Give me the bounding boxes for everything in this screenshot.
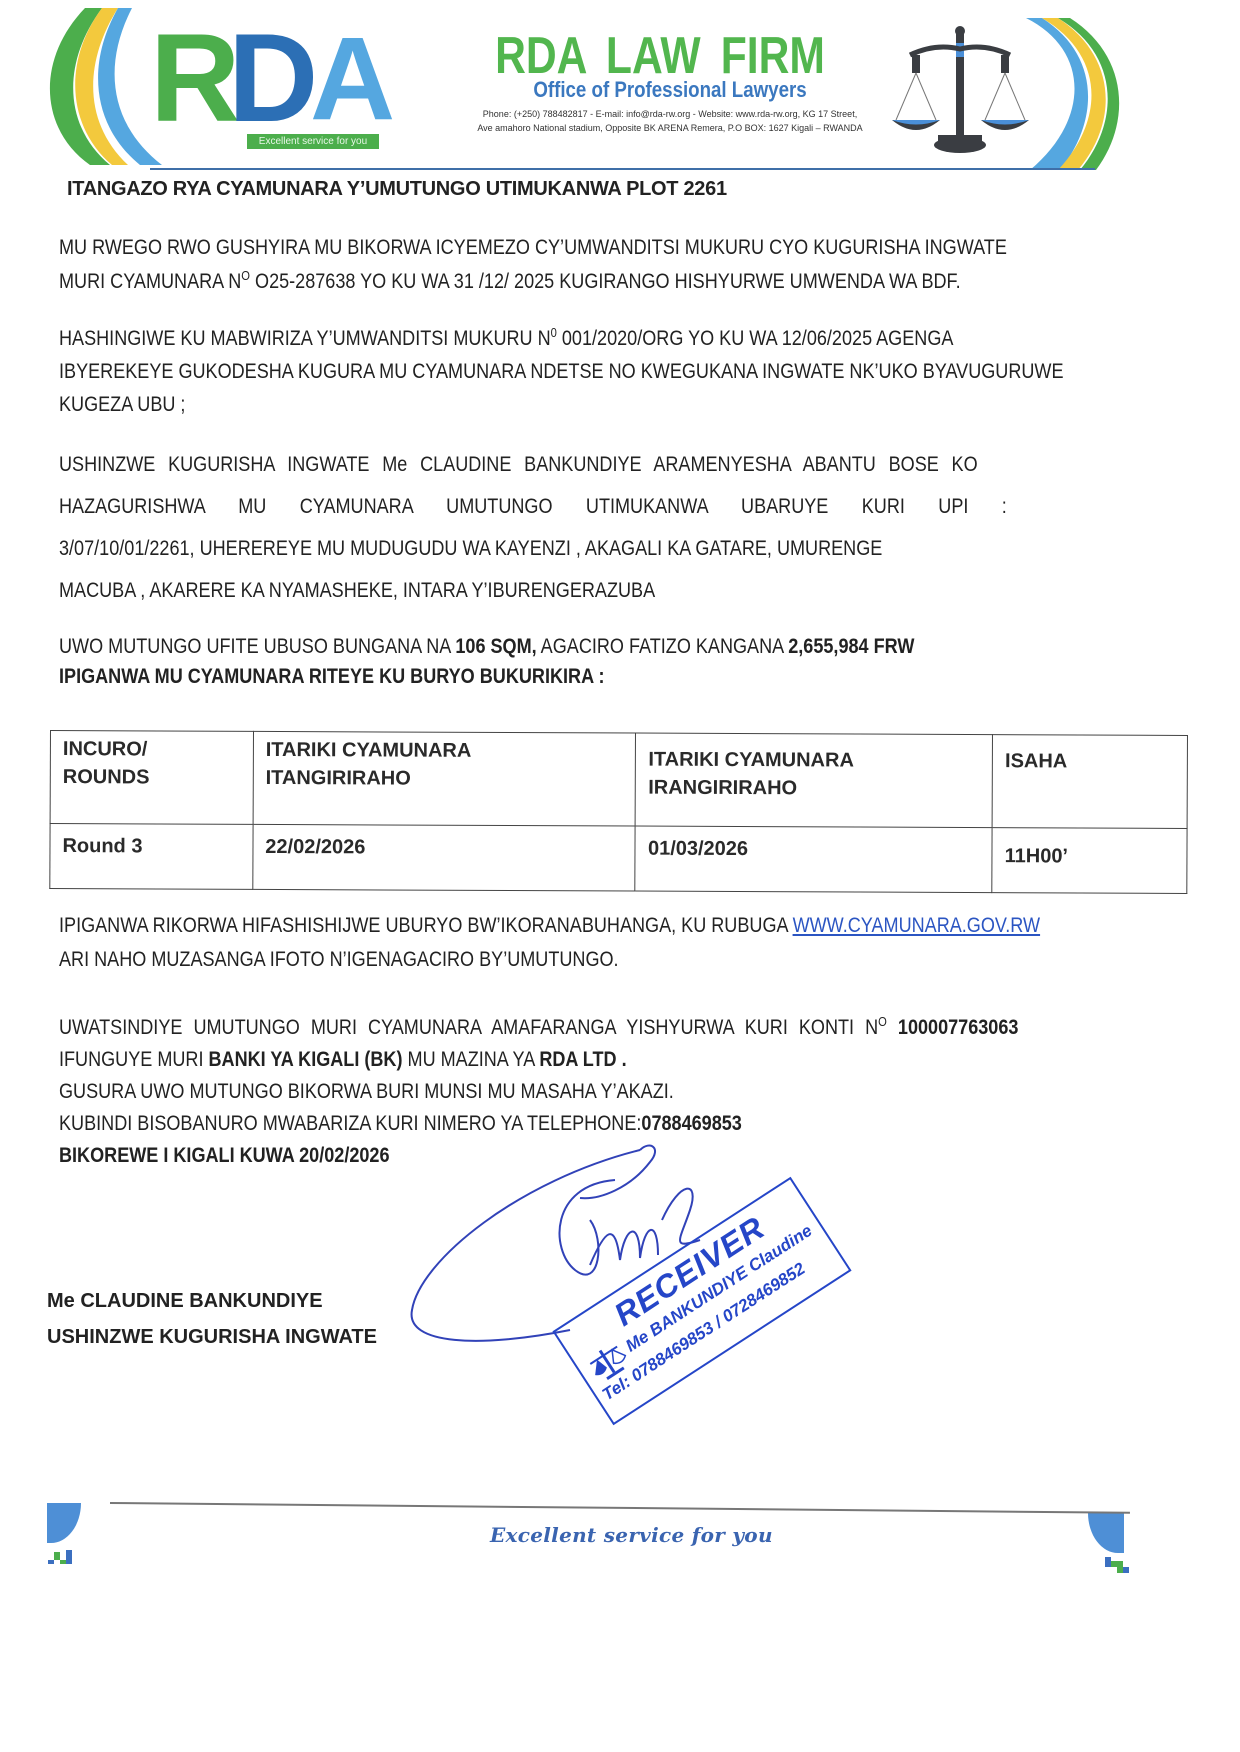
contact-phone: 0788469853 <box>641 1112 741 1135</box>
cell-round: Round 3 <box>50 824 253 890</box>
paragraph-property-value: UWO MUTUNGO UFITE UBUSO BUNGANA NA 106 S… <box>59 633 1219 690</box>
account-holder: RDA LTD . <box>539 1048 626 1071</box>
paragraph-regulation: HASHINGIWE KU MABWIRIZA Y’UMWANDITSI MUK… <box>59 325 1219 418</box>
header-divider <box>150 168 1095 170</box>
bank-account-number: 100007763063 <box>898 1016 1019 1039</box>
bank-name: BANKI YA KIGALI (BK) <box>209 1048 403 1071</box>
signatory-name: Me CLAUDINE BANKUNDIYE <box>47 1283 377 1319</box>
footer-accent-left <box>47 1503 81 1543</box>
header-start-date: ITARIKI CYAMUNARA ITANGIRIRAHO <box>253 731 636 826</box>
footer-tagline: Excellent service for you <box>490 1523 773 1547</box>
table-header-row: INCURO/ ROUNDS ITARIKI CYAMUNARA ITANGIR… <box>50 731 1187 829</box>
firm-contact: Phone: (+250) 788482817 - E-mail: info@r… <box>420 107 920 135</box>
header-end-date: ITARIKI CYAMUNARA IRANGIRIRAHO <box>636 733 993 828</box>
footer-accent-right <box>1088 1513 1124 1553</box>
cell-start-date: 22/02/2026 <box>253 824 636 891</box>
header-rounds: INCURO/ ROUNDS <box>50 731 253 825</box>
notice-headline: ITANGAZO RYA CYAMUNARA Y’UMUTUNGO UTIMUK… <box>67 176 727 203</box>
logo-letter-a: A <box>310 24 395 134</box>
footer-divider <box>110 1502 1130 1513</box>
header-time: ISAHA <box>992 735 1187 829</box>
property-area: 106 SQM, <box>455 635 536 658</box>
reserve-price: 2,655,984 FRW <box>788 635 914 658</box>
paragraph-announcement: USHINZWE KUGURISHA INGWATE Me CLAUDINE B… <box>59 451 1079 604</box>
cell-end-date: 01/03/2026 <box>635 826 992 893</box>
firm-name: RDA LAW FIRM <box>480 28 841 84</box>
logo-tagline: Excellent service for you <box>247 134 379 149</box>
logo-letter-r: R <box>150 24 234 134</box>
scales-of-justice-icon <box>890 25 1030 155</box>
rda-logo: R D A Excellent service for you <box>150 24 390 150</box>
signatory-block: Me CLAUDINE BANKUNDIYE USHINZWE KUGURISH… <box>47 1283 377 1355</box>
table-row: Round 3 22/02/2026 01/03/2026 11H00’ <box>50 824 1187 894</box>
contact-line-1: Phone: (+250) 788482817 - E-mail: info@r… <box>420 107 920 121</box>
signatory-title: USHINZWE KUGURISHA INGWATE <box>47 1319 377 1355</box>
cyamunara-website-link[interactable]: WWW.CYAMUNARA.GOV.RW <box>793 914 1041 937</box>
paragraph-online-bidding: IPIGANWA RIKORWA HIFASHISHIJWE UBURYO BW… <box>59 912 1219 973</box>
firm-subtitle: Office of Professional Lawyers <box>475 78 866 102</box>
cell-time: 11H00’ <box>992 828 1187 894</box>
brand-swoosh-left <box>30 0 170 165</box>
auction-schedule-table: INCURO/ ROUNDS ITARIKI CYAMUNARA ITANGIR… <box>49 730 1188 894</box>
brand-swoosh-right <box>1020 0 1150 175</box>
logo-letter-d: D <box>228 24 318 134</box>
paragraph-decision: MU RWEGO RWO GUSHYIRA MU BIKORWA ICYEMEZ… <box>59 234 1219 295</box>
contact-line-2: Ave amahoro National stadium, Opposite B… <box>420 121 920 135</box>
